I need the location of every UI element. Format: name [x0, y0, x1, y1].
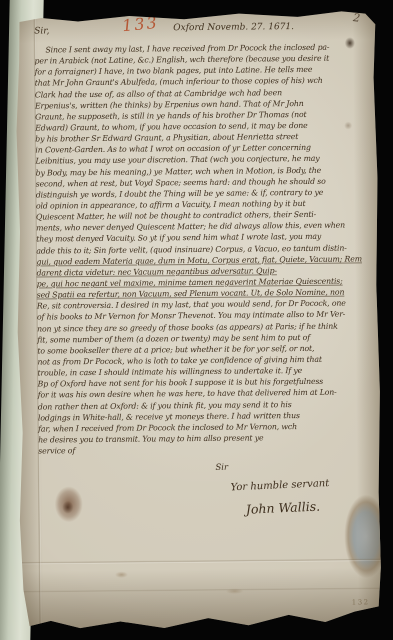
foxing-spot [224, 588, 246, 595]
closing-compliment: Yor humble servant [230, 478, 329, 493]
salutation: Sir, [34, 26, 49, 36]
fold-crease [17, 558, 383, 565]
fold-crease [18, 587, 384, 593]
dateline: Oxford Novemb. 27. 1671. [173, 22, 294, 33]
stain-blot [51, 481, 87, 527]
manuscript-page: Sir, 133 Oxford Novemb. 27. 1671. 2 Sinc… [12, 2, 384, 633]
stain-blot-core [61, 499, 75, 515]
page-number: 2 [352, 11, 360, 25]
letter-body: Since I sent away my last, I have receiv… [34, 41, 372, 456]
damage-patch [343, 492, 390, 580]
manuscript-photo: Sir, 133 Oxford Novemb. 27. 1671. 2 Sinc… [0, 0, 393, 640]
foxing-spot [113, 571, 129, 579]
bottom-right-stamp: 132 [352, 598, 370, 606]
closing-sir: Sir [215, 463, 228, 473]
signature-john-wallis: John Wallis. [246, 499, 321, 517]
archival-folio-number: 133 [121, 13, 159, 35]
